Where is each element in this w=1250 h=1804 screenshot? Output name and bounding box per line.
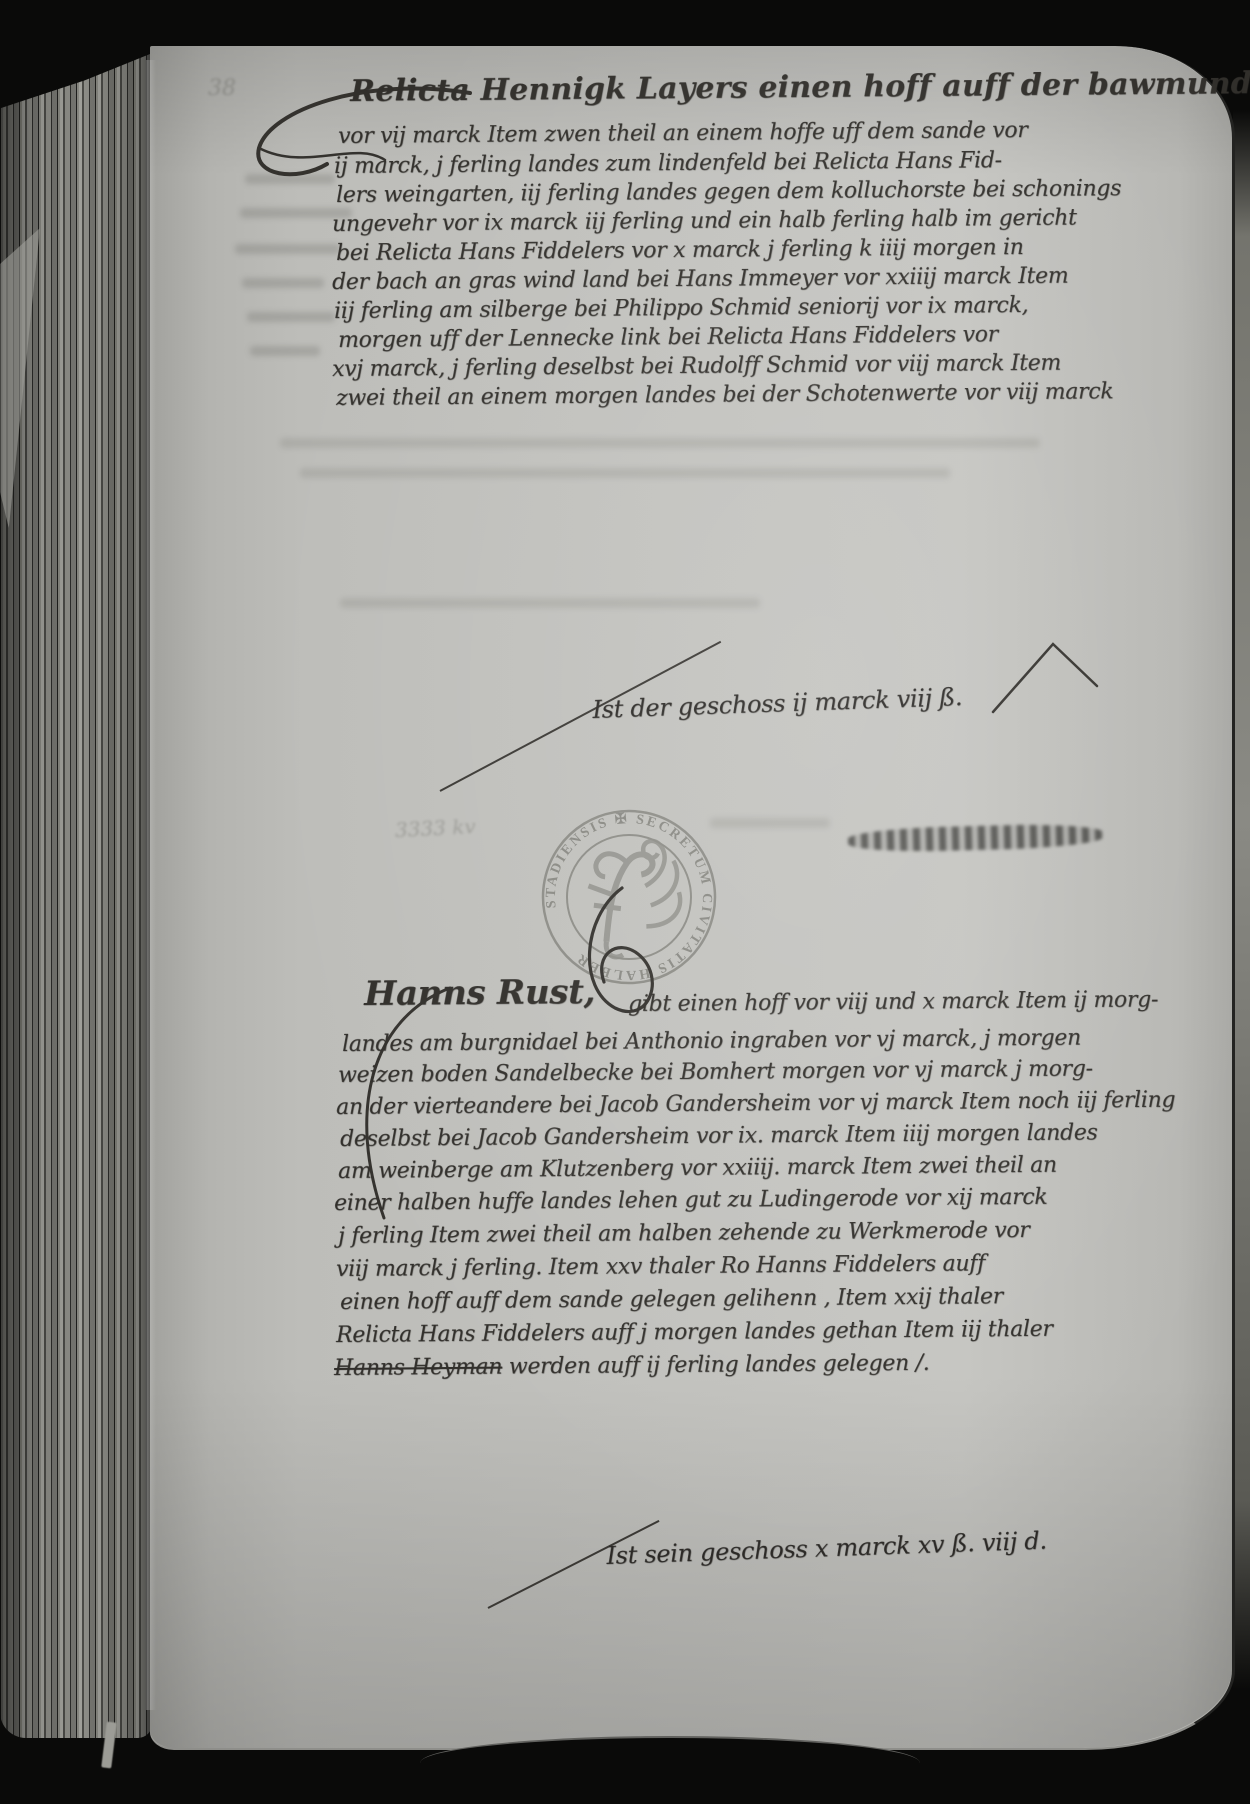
- bleed-through-line: [245, 174, 335, 184]
- svg-text:STADIENSIS ✠ SECRETUM CIVITATI: STADIENSIS ✠ SECRETUM CIVITATIS HALBER: [530, 798, 727, 995]
- bleed-through-line: [250, 346, 320, 356]
- entry1-line: vor vij marck Item zwen theil an einem h…: [338, 118, 1028, 149]
- entry1-line: morgen uff der Lennecke link bei Relicta…: [338, 322, 998, 353]
- city-seal-stamp: STADIENSIS ✠ SECRETUM CIVITATIS HALBER: [513, 781, 745, 1013]
- entry2-line: einen hoff auff dem sande gelegen gelihe…: [340, 1284, 1003, 1315]
- right-page-edge: [1233, 110, 1250, 1690]
- entry1-line: der bach an gras wind land bei Hans Imme…: [332, 264, 1069, 295]
- marginal-ghost-note: 3333 kv: [394, 814, 476, 842]
- opening-flourish: [235, 68, 495, 188]
- faint-scribble: [710, 818, 830, 828]
- entry1-line: zwei theil an einem morgen landes bei de…: [336, 379, 1113, 411]
- entry2-line: landes am burgnidael bei Anthonio ingrab…: [342, 1026, 1081, 1057]
- entry2-heading: Hanns Rust,: [364, 972, 595, 1014]
- faded-erased-line: [340, 598, 760, 608]
- bleed-through-line: [240, 208, 352, 218]
- mid-tax-annotation: Ist der geschoss ij marck viij ß.: [592, 683, 963, 724]
- entry2-line: an der vierteandere bei Jacob Gandershei…: [336, 1088, 1175, 1120]
- rampant-lion: [583, 837, 690, 959]
- entry2-line: weizen boden Sandelbecke bei Bomhert mor…: [338, 1056, 1093, 1088]
- entry1-heading: Relicta Hennigk Layers einen hoff auff d…: [350, 66, 1250, 109]
- struck-out-name: Hanns Heyman: [334, 1355, 502, 1381]
- entry1-line: ungevehr vor ix marck iij ferling und ei…: [332, 206, 1077, 237]
- entry2-line: viij marck j ferling. Item xxv thaler Ro…: [336, 1251, 985, 1282]
- entry2-line: einer halben huffe landes lehen gut zu L…: [334, 1185, 1048, 1216]
- entry2-line: deselbst bei Jacob Gandersheim vor ix. m…: [340, 1120, 1098, 1152]
- seal-legend: STADIENSIS ✠ SECRETUM CIVITATIS HALBER: [530, 798, 727, 995]
- entry2-line: j ferling Item zwei theil am halben zehe…: [338, 1218, 1030, 1249]
- annotation-slash: [488, 1520, 660, 1609]
- page-bottom-shadow: [420, 1736, 920, 1790]
- entry2-line: Relicta Hans Fiddelers auff j morgen lan…: [336, 1317, 1053, 1348]
- entry1-line: ij marck, j ferling landes zum lindenfel…: [334, 148, 1002, 179]
- faded-erased-line: [280, 438, 1040, 448]
- manuscript-page: 38 3333 kv Relicta Hennigk Layers einen …: [150, 46, 1235, 1750]
- entry2-line: gibt einen hoff vor viij und x marck Ite…: [628, 987, 1158, 1017]
- gutter-highlight: [146, 60, 156, 1710]
- entry2-line: am weinberge am Klutzenberg vor xxiiij. …: [338, 1153, 1057, 1184]
- pen-loop-over-seal: [560, 880, 690, 1030]
- descender-flourish: [328, 960, 468, 1230]
- entry1-line: bei Relicta Hans Fiddelers vor x marck j…: [336, 235, 1024, 266]
- entry1-line: xvj marck, j ferling deselbst bei Rudolf…: [332, 351, 1061, 382]
- manuscript-photo: 38 3333 kv Relicta Hennigk Layers einen …: [0, 0, 1250, 1804]
- bottom-tax-annotation: Ist sein geschoss x marck xv ß. viij d.: [606, 1527, 1047, 1570]
- bleed-through-line: [235, 244, 340, 254]
- faded-erased-line: [300, 468, 950, 478]
- entry2-last-line: Hanns Heyman werden auff ij ferling land…: [334, 1351, 930, 1381]
- entry1-line: lers weingarten, iij ferling landes gege…: [336, 176, 1121, 208]
- last-line-text: werden auff ij ferling landes gelegen /.: [502, 1351, 929, 1380]
- annotation-slash: [440, 641, 722, 792]
- bleed-through-line: [247, 312, 335, 322]
- page-number-ghost: 38: [208, 76, 236, 101]
- offset-ink-blot: [848, 823, 1104, 854]
- entry1-line: iij ferling am silberge bei Philippo Sch…: [334, 293, 1028, 324]
- check-flourish: [985, 630, 1105, 720]
- bleed-through-line: [242, 278, 324, 288]
